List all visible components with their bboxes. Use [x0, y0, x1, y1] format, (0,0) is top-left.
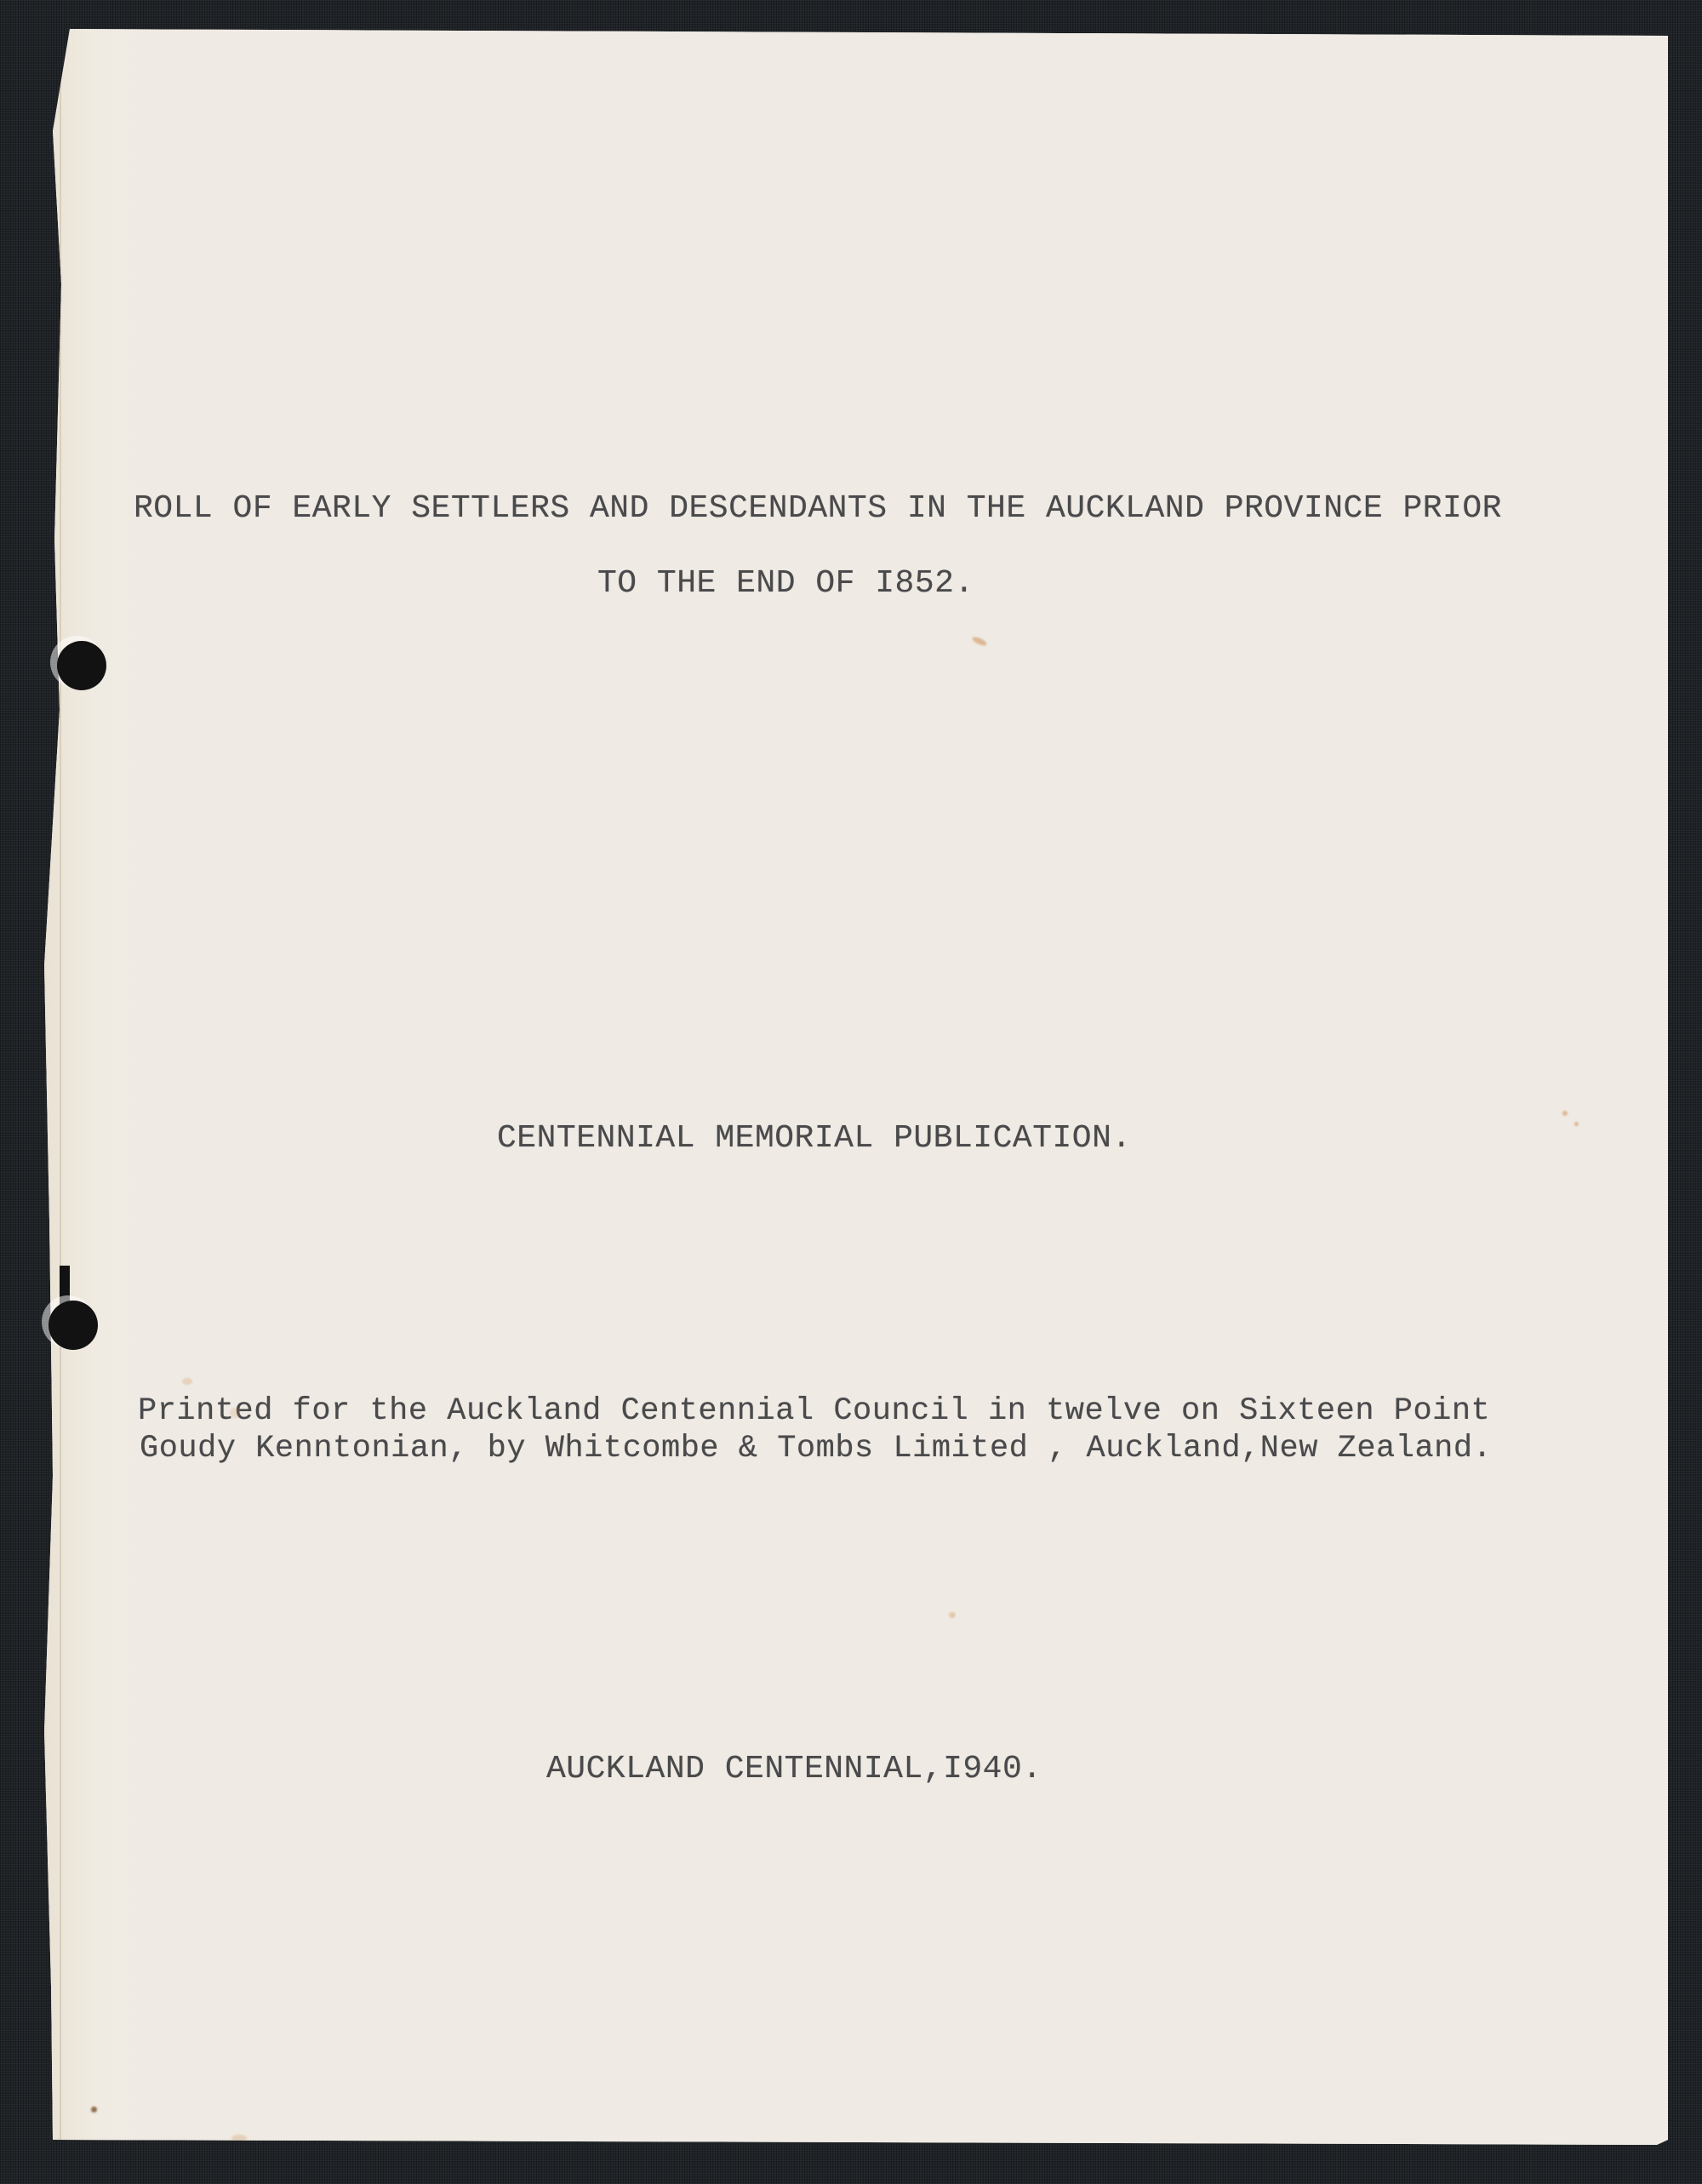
- stain-mark: [1574, 1122, 1579, 1126]
- stain-mark: [971, 636, 987, 648]
- document-title-line-1: ROLL OF EARLY SETTLERS AND DESCENDANTS I…: [134, 490, 1502, 527]
- punch-hole-top: [57, 641, 106, 690]
- page-fold-line: [60, 29, 61, 2145]
- document-title-line-2: TO THE END OF I852.: [597, 565, 974, 602]
- imprint-line-1: Printed for the Auckland Centennial Coun…: [138, 1393, 1490, 1429]
- imprint-line-2: Goudy Kenntonian, by Whitcombe & Tombs L…: [140, 1431, 1492, 1466]
- document-footer: AUCKLAND CENTENNIAL,I940.: [546, 1751, 1042, 1787]
- stain-mark: [182, 1378, 192, 1385]
- document-subtitle: CENTENNIAL MEMORIAL PUBLICATION.: [497, 1120, 1132, 1157]
- stain-mark: [230, 1408, 240, 1418]
- stain-mark: [949, 1612, 956, 1618]
- stain-mark: [231, 2135, 247, 2141]
- stain-mark: [91, 2107, 97, 2113]
- punch-hole-bottom: [49, 1301, 98, 1350]
- stain-mark: [1562, 1111, 1568, 1116]
- document-page: ROLL OF EARLY SETTLERS AND DESCENDANTS I…: [44, 29, 1668, 2145]
